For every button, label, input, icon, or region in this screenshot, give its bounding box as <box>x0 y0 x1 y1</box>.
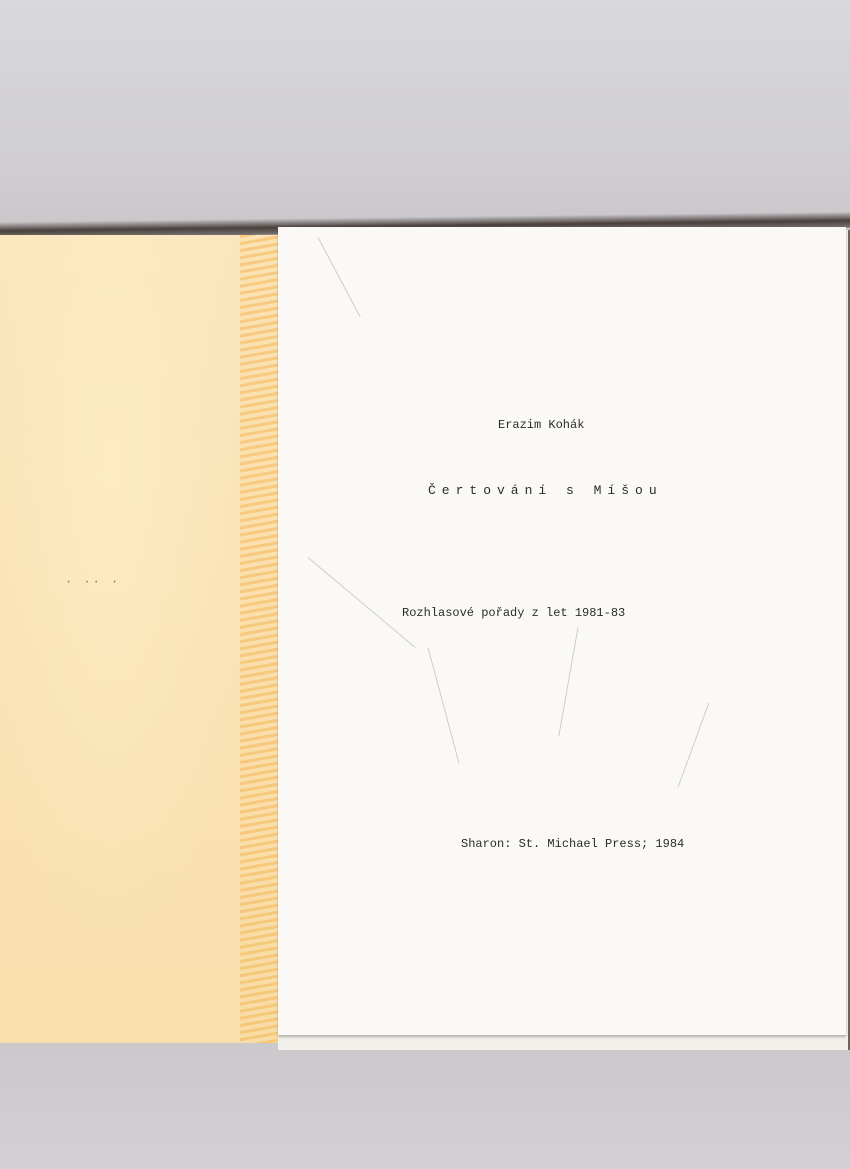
cover-handwritten-mark: · ·· · <box>65 575 120 589</box>
scratch-mark <box>678 703 710 788</box>
scratch-mark <box>428 647 460 763</box>
document-title: Čertování s Míšou <box>428 483 663 498</box>
book-cover: · ·· · <box>0 235 280 1043</box>
scratch-mark <box>308 557 416 648</box>
publisher-imprint: Sharon: St. Michael Press; 1984 <box>461 837 684 851</box>
scratch-mark <box>318 237 361 317</box>
author-name: Erazim Kohák <box>498 418 584 432</box>
title-page: Erazim Kohák Čertování s Míšou Rozhlasov… <box>278 227 846 1035</box>
cover-stain-edge <box>240 235 280 1043</box>
document-subtitle: Rozhlasové pořady z let 1981-83 <box>402 606 625 620</box>
scratch-mark <box>558 627 578 736</box>
